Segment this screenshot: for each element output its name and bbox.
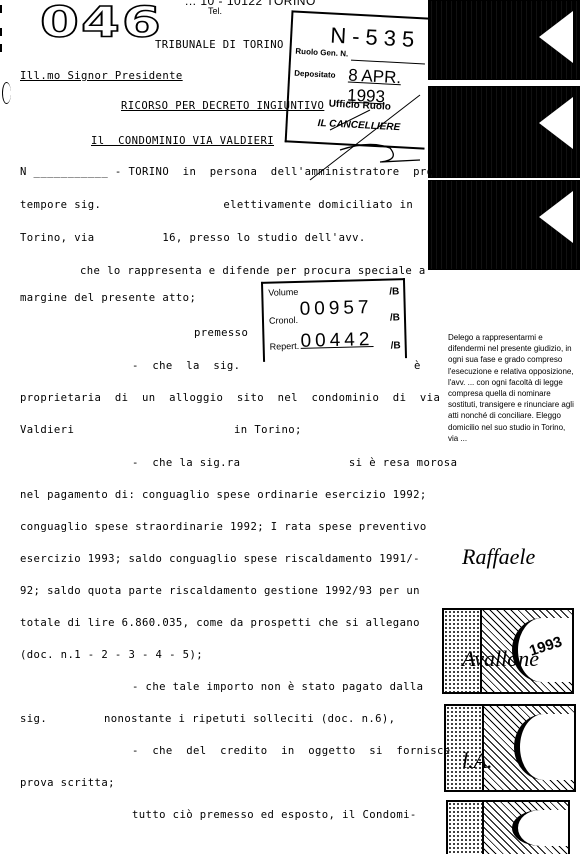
body-line: Torino, via 16, presso lo studio dell'av…: [20, 232, 366, 244]
stamp-deposit-label: Depositato: [294, 69, 336, 80]
body-line: nel pagamento di: conguaglio spese ordin…: [20, 489, 427, 501]
letterhead: ... 10 - 10122 TORINO: [185, 0, 316, 8]
revenue-stamp: [428, 180, 580, 270]
cronol-label: Cronol.: [269, 315, 298, 326]
body-line: conguaglio spese straordinarie 1992; I r…: [20, 521, 427, 533]
body-line: - che tale importo non è stato pagato da…: [132, 681, 423, 693]
volume-label: Volume: [268, 287, 298, 298]
cronol-value: 00957: [299, 297, 372, 321]
repert-label: Repert.: [270, 341, 300, 352]
repert-suffix: /B: [391, 340, 401, 351]
registration-box: Volume /B Cronol. 00957 /B Repert. 00442…: [261, 278, 407, 362]
margin-bracket: [2, 82, 11, 104]
body-line: nonostante i ripetuti solleciti (doc. n.…: [104, 713, 395, 725]
body-line: in Torino;: [234, 424, 302, 436]
margin-mark: [0, 44, 2, 52]
body-line: N ___________ - TORINO in persona dell'a…: [20, 166, 433, 178]
court-name: TRIBUNALE DI TORINO: [155, 39, 284, 51]
stamp-ruolo-line: [351, 60, 425, 65]
body-line: esercizio 1993; saldo conguaglio spese r…: [20, 553, 420, 565]
body-line: che lo rappresenta e difende per procura…: [80, 265, 426, 277]
document-title: RICORSO PER DECRETO INGIUNTIVO: [121, 100, 324, 112]
body-line: tutto ciò premesso ed esposto, il Condom…: [132, 809, 417, 821]
body-line: - che la sig.ra si è resa morosa: [132, 457, 457, 469]
body-line: è: [414, 360, 421, 372]
body-line: - che del credito in oggetto si fornisce: [132, 745, 451, 757]
body-line: sig.: [20, 713, 47, 725]
delegation-note: Delego a rappresentarmi e difendermi nel…: [448, 332, 576, 444]
body-heading-premesso: premesso: [194, 327, 248, 339]
telephone-label: Tel.: [208, 6, 222, 16]
signature: Raffaele: [462, 540, 539, 574]
body-line: - che la sig.: [132, 360, 240, 372]
handwritten-file-number: 046: [40, 2, 163, 44]
client-signatures: Raffaele Avallone l.A.: [462, 472, 539, 812]
greeting: Ill.mo Signor Presidente: [20, 70, 183, 82]
revenue-stamp: [428, 86, 580, 178]
body-line: prova scritta;: [20, 777, 115, 789]
margin-mark: [0, 28, 2, 36]
body-line: margine del presente atto;: [20, 292, 196, 304]
cronol-suffix: /B: [390, 312, 400, 323]
revenue-stamp: [428, 0, 580, 80]
signature: l.A.: [462, 744, 539, 778]
body-line: totale di lire 6.860.035, come da prospe…: [20, 617, 420, 629]
plaintiff-name: Il CONDOMINIO VIA VALDIERI: [91, 135, 274, 147]
body-line: (doc. n.1 - 2 - 3 - 4 - 5);: [20, 649, 203, 661]
margin-mark: [0, 5, 2, 13]
repert-value: 00442: [300, 329, 373, 353]
volume-suffix: /B: [389, 286, 399, 297]
body-line: 92; saldo quota parte riscaldamento gest…: [20, 585, 420, 597]
body-line: Valdieri: [20, 424, 74, 436]
stamp-ruolo-label: Ruolo Gen. N.: [295, 47, 348, 59]
body-line: proprietaria di un alloggio sito nel con…: [20, 392, 440, 404]
body-line: tempore sig. elettivamente domiciliato i…: [20, 199, 413, 211]
